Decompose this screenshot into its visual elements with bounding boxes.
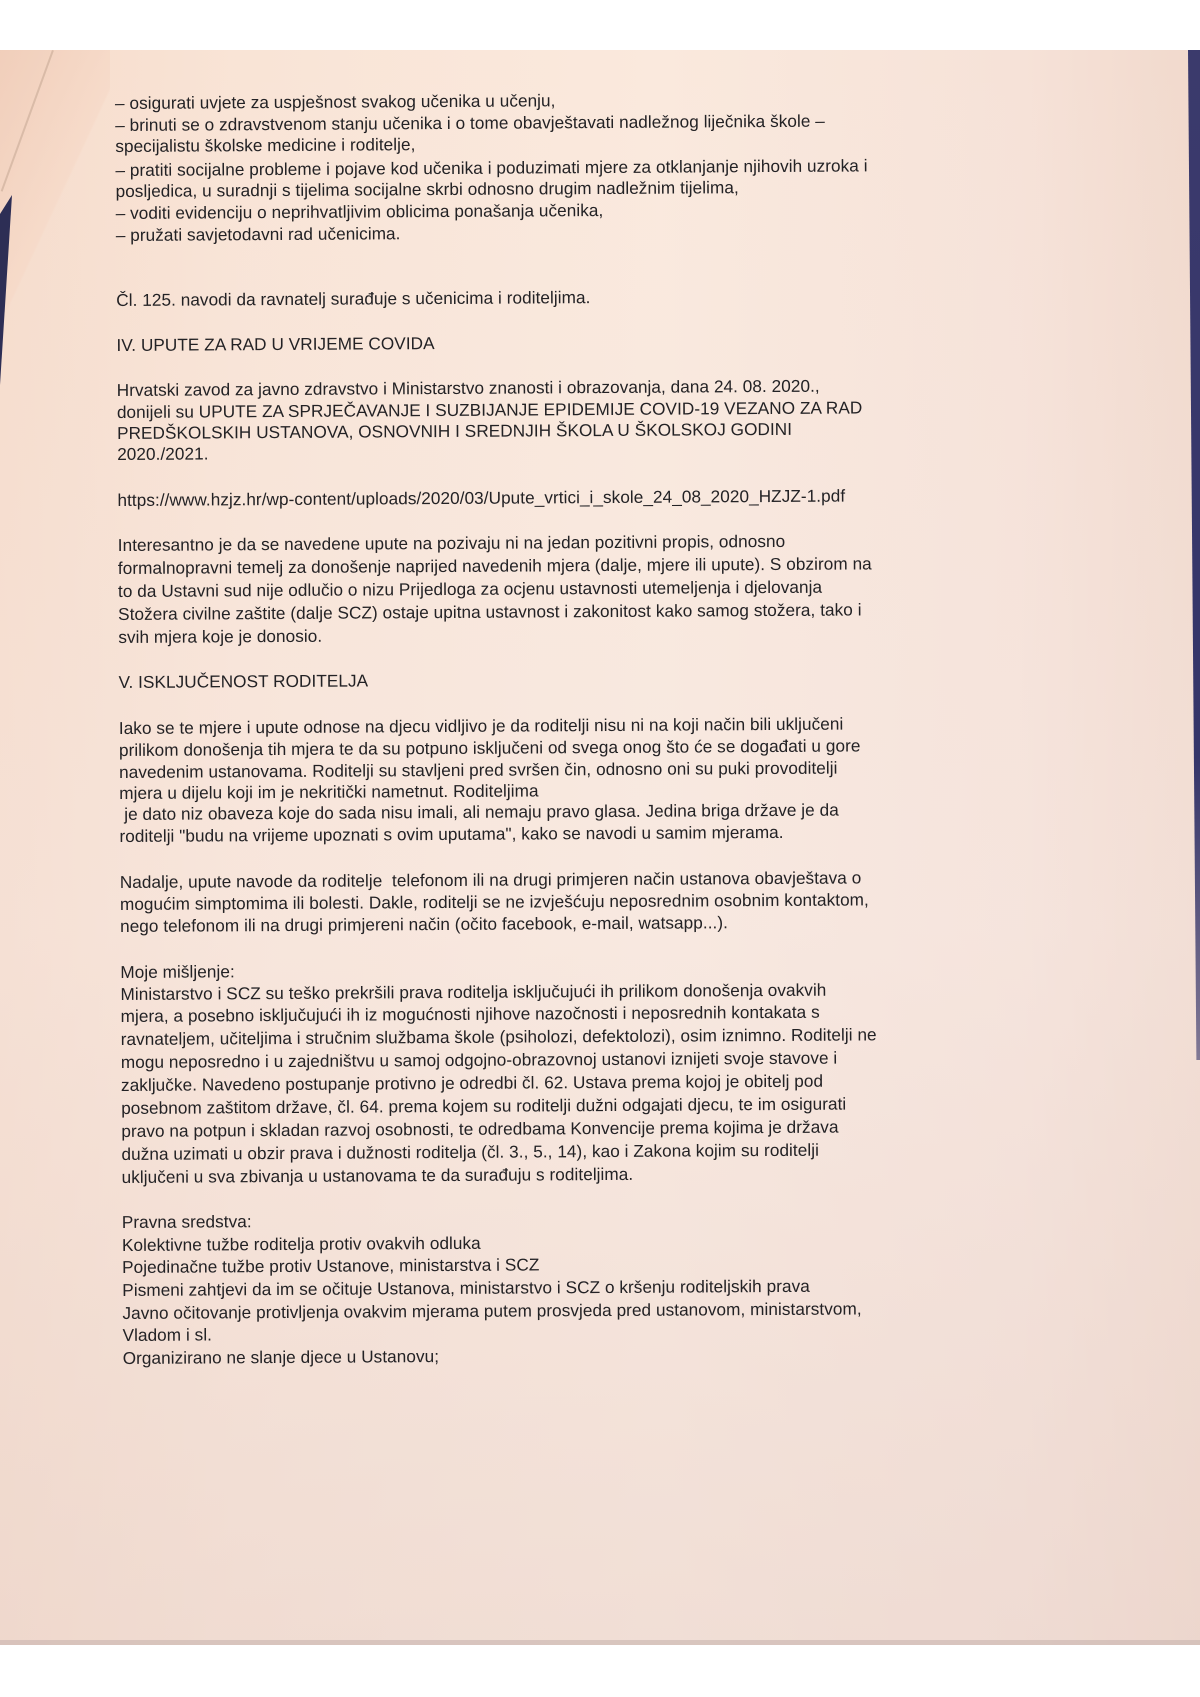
bullet-line: – pružati savjetodavni rad učenicima.	[116, 223, 401, 246]
bullet-line: specijalistu školske medicine i roditelj…	[115, 134, 415, 157]
remedy-item: Javno očitovanje protivljenja ovakvim mj…	[122, 1298, 861, 1324]
paragraph-line: Hrvatski zavod za javno zdravstvo i Mini…	[117, 376, 820, 401]
paragraph-line: Iako se te mjere i upute odnose na djecu…	[119, 714, 844, 739]
remedies-title: Pravna sredstva:	[122, 1211, 252, 1233]
bullet-line: – brinuti se o zdravstvenom stanju učeni…	[115, 111, 825, 136]
paragraph-line: navedenim ustanovama. Roditelji su stavl…	[119, 758, 837, 783]
reference-url: https://www.hzjz.hr/wp-content/uploads/2…	[117, 486, 845, 511]
paragraph-line: posebnom zaštitom države, čl. 64. prema …	[121, 1094, 846, 1119]
paragraph-line: to da Ustavni sud nije odlučio o nizu Pr…	[118, 577, 822, 602]
paragraph-line: ravnateljem, učiteljima i stručnim služb…	[121, 1024, 877, 1050]
paragraph-line: roditelji "budu na vrijeme upoznati s ov…	[119, 822, 783, 847]
bullet-line: – voditi evidenciju o neprihvatljivim ob…	[116, 200, 604, 224]
article-125-text: Čl. 125. navodi da ravnatelj surađuje s …	[116, 287, 590, 311]
paragraph-line: uključeni u sva zbivanja u ustanovama te…	[122, 1164, 634, 1188]
paragraph-line: 2020./2021.	[117, 443, 208, 465]
remedy-item: Organizirano ne slanje djece u Ustanovu;	[123, 1346, 439, 1369]
paragraph-line: Interesantno je da se navedene upute na …	[118, 531, 786, 556]
paragraph-line: PREDŠKOLSKIH USTANOVA, OSNOVNIH I SREDNJ…	[117, 419, 792, 444]
paragraph-line: Stožera civilne zaštite (dalje SCZ) osta…	[118, 599, 862, 625]
remedy-item: Pojedinačne tužbe protiv Ustanove, minis…	[122, 1254, 539, 1278]
opinion-title: Moje mišljenje:	[120, 961, 235, 983]
paragraph-line: nego telefonom ili na drugi primjereni n…	[120, 912, 728, 937]
bullet-line: – pratiti socijalne probleme i pojave ko…	[115, 155, 867, 181]
section-heading-iv: IV. UPUTE ZA RAD U VRIJEME COVIDA	[116, 333, 434, 356]
paragraph-line: dužna uzimati u obzir prava i dužnosti r…	[121, 1140, 819, 1165]
paragraph-line: mjera, a posebno isključujući ih iz mogu…	[121, 1002, 820, 1027]
section-heading-v: V. ISKLJUČENOST RODITELJA	[118, 670, 368, 693]
document-page: – osigurati uvjete za uspješnost svakog …	[0, 0, 1200, 1697]
bullet-line: posljedica, u suradnji s tijelima socija…	[115, 177, 738, 202]
paragraph-line: je dato niz obaveza koje do sada nisu im…	[119, 800, 839, 825]
bullet-line: – osigurati uvjete za uspješnost svakog …	[115, 90, 556, 114]
paragraph-line: pravo na potpun i skladan razvoj osobnos…	[121, 1117, 838, 1142]
remedy-item: Pismeni zahtjevi da im se očituje Ustano…	[122, 1276, 810, 1301]
paragraph-line: zaključke. Navedeno postupanje protivno …	[121, 1071, 823, 1096]
remedy-item: Kolektivne tužbe roditelja protiv ovakvi…	[122, 1233, 481, 1256]
paragraph-line: formalnopravni temelj za donošenje napri…	[118, 553, 872, 579]
paragraph-line: mjera u dijelu koji im je nekritički nam…	[119, 780, 539, 804]
remedy-item: Vladom i sl.	[122, 1324, 212, 1346]
paragraph-line: Ministarstvo i SCZ su teško prekršili pr…	[120, 980, 826, 1005]
paragraph-line: mogu neposredno i u zajedništvu u samoj …	[121, 1048, 838, 1073]
paragraph-line: svih mjera koje je donosio.	[118, 626, 322, 648]
paragraph-line: mogućim simptomima ili bolesti. Dakle, r…	[120, 889, 869, 915]
